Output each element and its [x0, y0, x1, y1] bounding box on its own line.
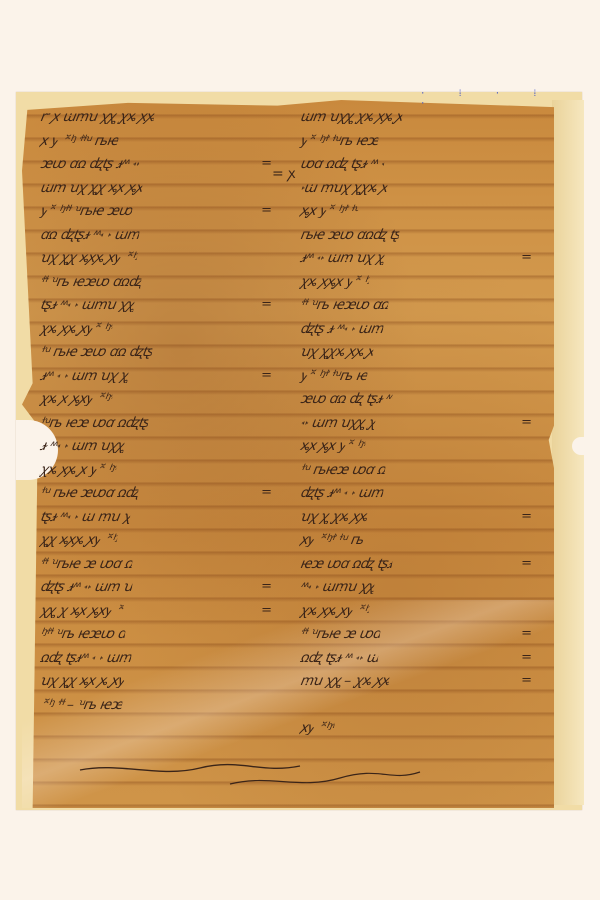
script-text: [299, 698, 301, 712]
manuscript-line: ꭒꭓ ꭔꭕꭖ ꭗꭘ ꭙ: [300, 341, 532, 365]
manuscript-line: ꭙꭚ ꭛ꭜꭝ: [300, 717, 532, 741]
script-text: ꭕꭖ ꭗꭘ ꭙꭚ ꭛ꭜ: [299, 604, 370, 618]
manuscript-line: [300, 694, 532, 718]
manuscript-line: ꭧꭨ ꭩ꭪ ꭫ ꭐ ꭑꭒ ꭓ: [40, 506, 272, 530]
script-text: ꭒꭓ ꭔ ꭕꭖ ꭗꭘ: [299, 510, 367, 524]
manuscript-line: ꭐꭑ ꭒꭓ ꭔꭕ ꭖꭗ ꭘꭙ: [40, 177, 272, 201]
verse-end-mark: =: [261, 579, 272, 594]
script-text: ꭕꭖ ꭗꭘꭙ ꭚ꭛ ꭜ: [299, 275, 370, 289]
manuscript-line: ꭖꭗ ꭘꭙ ꭚ꭛ ꭜꭝ: [300, 435, 532, 459]
verse-end-mark: =: [261, 297, 272, 312]
script-text: ꭙꭚ ꭛ꭜꭝ: [299, 721, 335, 735]
manuscript-line: ꭞꭟꭠ ꭡꭢ ꭣꭤ ꭥꭦꭧ: [40, 412, 272, 436]
script-text: ꭦꭧ ꭨꭩ ꭪ ꭫ ꭐꭑ: [299, 486, 384, 500]
manuscript-line: ꭜꭝꭞ ꭟꭠ ꭡꭢꭣ ꭤ: [40, 623, 272, 647]
manuscript-line: ꭙ ꭚ ꭛ꭜ ꭝꭞꭟ ꭠꭡ: [40, 130, 272, 154]
column-divider-glyph: = ꭗ: [272, 168, 296, 180]
manuscript-line: ꭨꭩ ꭪꭫ ꭐꭑ ꭒꭓ ꭔ=: [300, 247, 532, 271]
manuscript-line: ꭝꭞ ꭟꭠ ꭡꭢꭣ ꭤꭥꭦ: [40, 271, 272, 295]
manuscript-line: ꭦꭧ ꭨꭩ ꭪ ꭫ ꭐꭑ: [300, 482, 532, 506]
manuscript-line: ꭦꭧ ꭨꭩ ꭪꭫ ꭐꭑ ꭒ=: [40, 576, 272, 600]
manuscript-line: ꭣꭤ ꭥꭦ ꭧꭨ ꭩ ꭪: [300, 153, 532, 177]
verse-end-mark: =: [261, 368, 272, 383]
verse-end-mark: =: [521, 650, 532, 665]
manuscript-line: ꭛ꭜ ꭝꭞ – ꭟꭠ ꭡꭢ: [40, 694, 272, 718]
manuscript-line: ꭕꭖ ꭗꭘꭙ ꭚ꭛ ꭜ: [300, 271, 532, 295]
verse-end-mark: =: [521, 250, 532, 265]
script-text: ꭝꭞ ꭟꭠ ꭡꭢꭣ ꭤꭥꭦ: [39, 275, 142, 289]
script-text: ꭑꭒ ꭓꭔ – ꭕꭖ ꭗꭘ: [299, 674, 390, 688]
manuscript-line: ꭫ꭐ ꭑꭒꭓ ꭔꭕꭖ ꭗ: [300, 177, 532, 201]
script-text: ꭒꭓ ꭔꭕ ꭖꭗ ꭘ ꭙꭚ: [39, 674, 125, 688]
verse-end-mark: =: [521, 415, 532, 430]
manuscript-line: ꭩ꭪ ꭫ ꭐꭑꭒ ꭓꭔ: [300, 576, 532, 600]
script-text: ꭙ ꭚ ꭛ꭜ ꭝꭞꭟ ꭠꭡ: [39, 134, 119, 148]
manuscript-line: ꭥꭦ ꭧꭨ ꭩ ꭪꭫ ꭐ=: [300, 647, 532, 671]
script-text: ꭕꭖ ꭗꭘ ꭙ ꭚ꭛ ꭜꭝ: [39, 463, 117, 477]
manuscript-line: ꭝꭞ ꭟꭠꭡ ꭢ ꭣꭤ ꭥ: [40, 553, 272, 577]
manuscript-line: ꭚ꭛ ꭜꭝ ꭞꭟꭠ ꭡ: [300, 365, 532, 389]
verse-end-mark: =: [521, 556, 532, 571]
manuscript-line: ꭝꭞ ꭟꭠ ꭡꭢꭣ ꭤꭥ: [300, 294, 532, 318]
script-text: ꭝꭞ ꭟꭠ ꭡꭢꭣ ꭤꭥ: [299, 298, 389, 312]
script-text: ꭞꭟ ꭠꭡ ꭢꭣꭤ ꭥꭦ: [39, 486, 139, 500]
manuscript-line: ꭞꭟ ꭠꭡ ꭢꭣ ꭤꭥ ꭦꭧ: [40, 341, 272, 365]
script-text: ꭕꭖ ꭗ ꭘꭙꭚ ꭛ꭜꭝ: [39, 392, 113, 406]
manuscript-line: ꭚ꭛ ꭜꭝ ꭞꭟꭠ ꭡꭢ: [300, 130, 532, 154]
script-text: ꭛ꭜ ꭝꭞ – ꭟꭠ ꭡꭢ: [39, 698, 123, 712]
script-text: ꭤꭥ ꭦꭧꭨ ꭩ꭪ ꭫ ꭐꭑ: [39, 228, 140, 242]
manuscript-line: ꭓꭔ ꭕ ꭖꭗ ꭘꭙꭚ ꭛=: [40, 600, 272, 624]
manuscript-line: ꭨ ꭩ꭪ ꭫ ꭐꭑ ꭒꭓꭔ: [40, 435, 272, 459]
script-text: ꭫ꭐ ꭑꭒꭓ ꭔꭕꭖ ꭗ: [299, 181, 388, 195]
manuscript-line: ꭦꭧ ꭨ ꭩ꭪ ꭫ ꭐꭑ: [300, 318, 532, 342]
torn-edge-right: [572, 437, 600, 455]
script-text: ꭝꭞ ꭟꭠꭡ ꭢ ꭣꭤ ꭥ: [39, 557, 133, 571]
manuscript-line: ꭙꭚ ꭛ꭜꭝ ꭞꭟ ꭠ: [300, 529, 532, 553]
script-text: ꭘꭙ ꭚ꭛ ꭜꭝ ꭞꭟ: [299, 204, 359, 218]
script-text: ꭕꭖ ꭗꭘ ꭙꭚ꭛ ꭜꭝ: [39, 322, 113, 336]
verse-end-mark: =: [261, 603, 272, 618]
verse-end-mark: =: [521, 673, 532, 688]
verse-end-mark: =: [521, 626, 532, 641]
script-text: ꭐꭑ ꭒꭓ ꭔꭕ ꭖꭗ ꭘꭙ: [39, 181, 143, 195]
closing-flourish: [60, 760, 520, 800]
manuscript-line: ꭕꭖ ꭗꭘ ꭙꭚ꭛ ꭜꭝ: [40, 318, 272, 342]
verse-end-mark: =: [261, 156, 272, 171]
manuscript-line: ꭑꭒ ꭓꭔ – ꭕꭖ ꭗꭘ=: [300, 670, 532, 694]
script-text: ꭜꭝꭞ ꭟꭠ ꭡꭢꭣ ꭤ: [39, 627, 126, 641]
text-column-right: ꭐꭑ ꭒꭓꭔ ꭕꭖ ꭗꭘ ꭙꭚ꭛ ꭜꭝ ꭞꭟꭠ ꭡꭢꭣꭤ ꭥꭦ ꭧꭨ ꭩ ꭪꭫ꭐ…: [300, 106, 532, 741]
script-text: ꭨ ꭩ꭪ ꭫ ꭐꭑ ꭒꭓꭔ: [39, 439, 125, 453]
script-text: ꭖꭗ ꭘꭙ ꭚ꭛ ꭜꭝ: [299, 439, 366, 453]
manuscript-line: ꭝꭞ ꭟꭠꭡ ꭢ ꭣꭤ=: [300, 623, 532, 647]
manuscript-line: ꭕꭖ ꭗ ꭘꭙꭚ ꭛ꭜꭝ: [40, 388, 272, 412]
script-text: ꭔꭕ ꭖꭗꭘ ꭙꭚ ꭛ꭜ: [39, 533, 118, 547]
script-text: ꭧꭨ ꭩ꭪ ꭫ ꭐꭑꭒ ꭓꭔ: [39, 298, 135, 312]
manuscript-line: ꭠꭡ ꭢꭣ ꭤꭥꭦ ꭧ: [300, 224, 532, 248]
manuscript-line: ꭡꭢ ꭣꭤ ꭥꭦ ꭧꭨ=: [300, 553, 532, 577]
script-text: ꭞꭟ ꭠꭡꭢ ꭣꭤ ꭥ: [299, 463, 386, 477]
manuscript-line: ꭢꭣ ꭤꭥ ꭦꭧ ꭨꭩ ꭪꭫=: [40, 153, 272, 177]
verse-end-mark: =: [521, 509, 532, 524]
verse-end-mark: =: [261, 203, 272, 218]
script-text: ꭧꭨ ꭩ꭪ ꭫ ꭐ ꭑꭒ ꭓ: [39, 510, 131, 524]
manuscript-line: ꭨꭩ ꭪ ꭫ ꭐꭑ ꭒꭓ ꭔ=: [40, 365, 272, 389]
manuscript-line: ꭘꭙ ꭚ꭛ ꭜꭝ ꭞꭟ: [300, 200, 532, 224]
script-text: ꭡꭢ ꭣꭤ ꭥꭦ ꭧꭨ: [299, 557, 393, 571]
manuscript-line: ꭒꭓ ꭔꭕ ꭖꭗ ꭘ ꭙꭚ: [40, 670, 272, 694]
script-text: ꭚ꭛ ꭜꭝꭞ ꭟꭠꭡ ꭢꭣ: [39, 204, 133, 218]
manuscript-line: ꭚ꭛ ꭜꭝꭞ ꭟꭠꭡ ꭢꭣ=: [40, 200, 272, 224]
script-text: ꭞꭟ ꭠꭡ ꭢꭣ ꭤꭥ ꭦꭧ: [39, 345, 153, 359]
script-text: ꭣꭤ ꭥꭦ ꭧꭨ ꭩ ꭪: [299, 157, 385, 171]
manuscript-line: ꭒꭓ ꭔ ꭕꭖ ꭗꭘ=: [300, 506, 532, 530]
script-text: ꭢꭣ ꭤꭥ ꭦ ꭧꭨ ꭩ: [299, 392, 393, 406]
script-text: ꭓꭔ ꭕ ꭖꭗ ꭘꭙꭚ ꭛: [39, 604, 124, 618]
text-column-left: ꭈ ꭗ ꭐꭑꭒ ꭓꭔ ꭕꭖ ꭗꭘꭙ ꭚ ꭛ꭜ ꭝꭞꭟ ꭠꭡꭢꭣ ꭤꭥ ꭦꭧ ꭨꭩ…: [40, 106, 272, 717]
manuscript-line: ꭈ ꭗ ꭐꭑꭒ ꭓꭔ ꭕꭖ ꭗꭘ: [40, 106, 272, 130]
script-text: ꭦꭧ ꭨꭩ ꭪꭫ ꭐꭑ ꭒ: [39, 580, 133, 594]
manuscript-line: ꭔꭕ ꭖꭗꭘ ꭙꭚ ꭛ꭜ: [40, 529, 272, 553]
script-text: ꭒꭓ ꭔꭕ ꭖꭗꭘ ꭙꭚ ꭛ꭜ: [39, 251, 138, 265]
script-text: ꭈ ꭗ ꭐꭑꭒ ꭓꭔ ꭕꭖ ꭗꭘ: [39, 110, 155, 124]
script-text: ꭢꭣ ꭤꭥ ꭦꭧ ꭨꭩ ꭪꭫: [39, 157, 140, 171]
script-text: ꭦꭧ ꭨ ꭩ꭪ ꭫ ꭐꭑ: [299, 322, 384, 336]
script-text: ꭨꭩ ꭪ ꭫ ꭐꭑ ꭒꭓ ꭔ: [39, 369, 129, 383]
manuscript-line: ꭞꭟ ꭠꭡꭢ ꭣꭤ ꭥ: [300, 459, 532, 483]
script-text: ꭥꭦ ꭧꭨꭩ ꭪ ꭫ ꭐꭑ: [39, 651, 132, 665]
pencil-margin-marks: · ⁞ · ⁞ ·: [420, 88, 560, 100]
script-text: ꭥꭦ ꭧꭨ ꭩ ꭪꭫ ꭐ: [299, 651, 379, 665]
verse-end-mark: =: [261, 485, 272, 500]
manuscript-line: ꭕꭖ ꭗꭘ ꭙꭚ ꭛ꭜ: [300, 600, 532, 624]
script-text: ꭚ꭛ ꭜꭝ ꭞꭟꭠ ꭡꭢ: [299, 134, 379, 148]
script-text: ꭙꭚ ꭛ꭜꭝ ꭞꭟ ꭠ: [299, 533, 364, 547]
script-text: ꭩ꭪ ꭫ ꭐꭑꭒ ꭓꭔ: [299, 580, 375, 594]
script-text: ꭪꭫ ꭐꭑ ꭒꭓꭔ ꭕ: [299, 416, 376, 430]
manuscript-line: ꭧꭨ ꭩ꭪ ꭫ ꭐꭑꭒ ꭓꭔ=: [40, 294, 272, 318]
manuscript-line: ꭐꭑ ꭒꭓꭔ ꭕꭖ ꭗꭘ ꭙ: [300, 106, 532, 130]
manuscript-line: ꭞꭟ ꭠꭡ ꭢꭣꭤ ꭥꭦ=: [40, 482, 272, 506]
manuscript-line: ꭥꭦ ꭧꭨꭩ ꭪ ꭫ ꭐꭑ: [40, 647, 272, 671]
manuscript-line: ꭤꭥ ꭦꭧꭨ ꭩ꭪ ꭫ ꭐꭑ: [40, 224, 272, 248]
script-text: ꭚ꭛ ꭜꭝ ꭞꭟꭠ ꭡ: [299, 369, 368, 383]
script-text: ꭝꭞ ꭟꭠꭡ ꭢ ꭣꭤ: [299, 627, 381, 641]
script-text: ꭒꭓ ꭔꭕꭖ ꭗꭘ ꭙ: [299, 345, 374, 359]
script-text: ꭞꭟꭠ ꭡꭢ ꭣꭤ ꭥꭦꭧ: [39, 416, 149, 430]
manuscript-line: ꭒꭓ ꭔꭕ ꭖꭗꭘ ꭙꭚ ꭛ꭜ: [40, 247, 272, 271]
manuscript-line: ꭪꭫ ꭐꭑ ꭒꭓꭔ ꭕ=: [300, 412, 532, 436]
manuscript-line: ꭢꭣ ꭤꭥ ꭦ ꭧꭨ ꭩ: [300, 388, 532, 412]
script-text: ꭠꭡ ꭢꭣ ꭤꭥꭦ ꭧ: [299, 228, 400, 242]
manuscript-line: ꭕꭖ ꭗꭘ ꭙ ꭚ꭛ ꭜꭝ: [40, 459, 272, 483]
script-text: ꭨꭩ ꭪꭫ ꭐꭑ ꭒꭓ ꭔ: [299, 251, 385, 265]
script-text: ꭐꭑ ꭒꭓꭔ ꭕꭖ ꭗꭘ ꭙ: [299, 110, 403, 124]
